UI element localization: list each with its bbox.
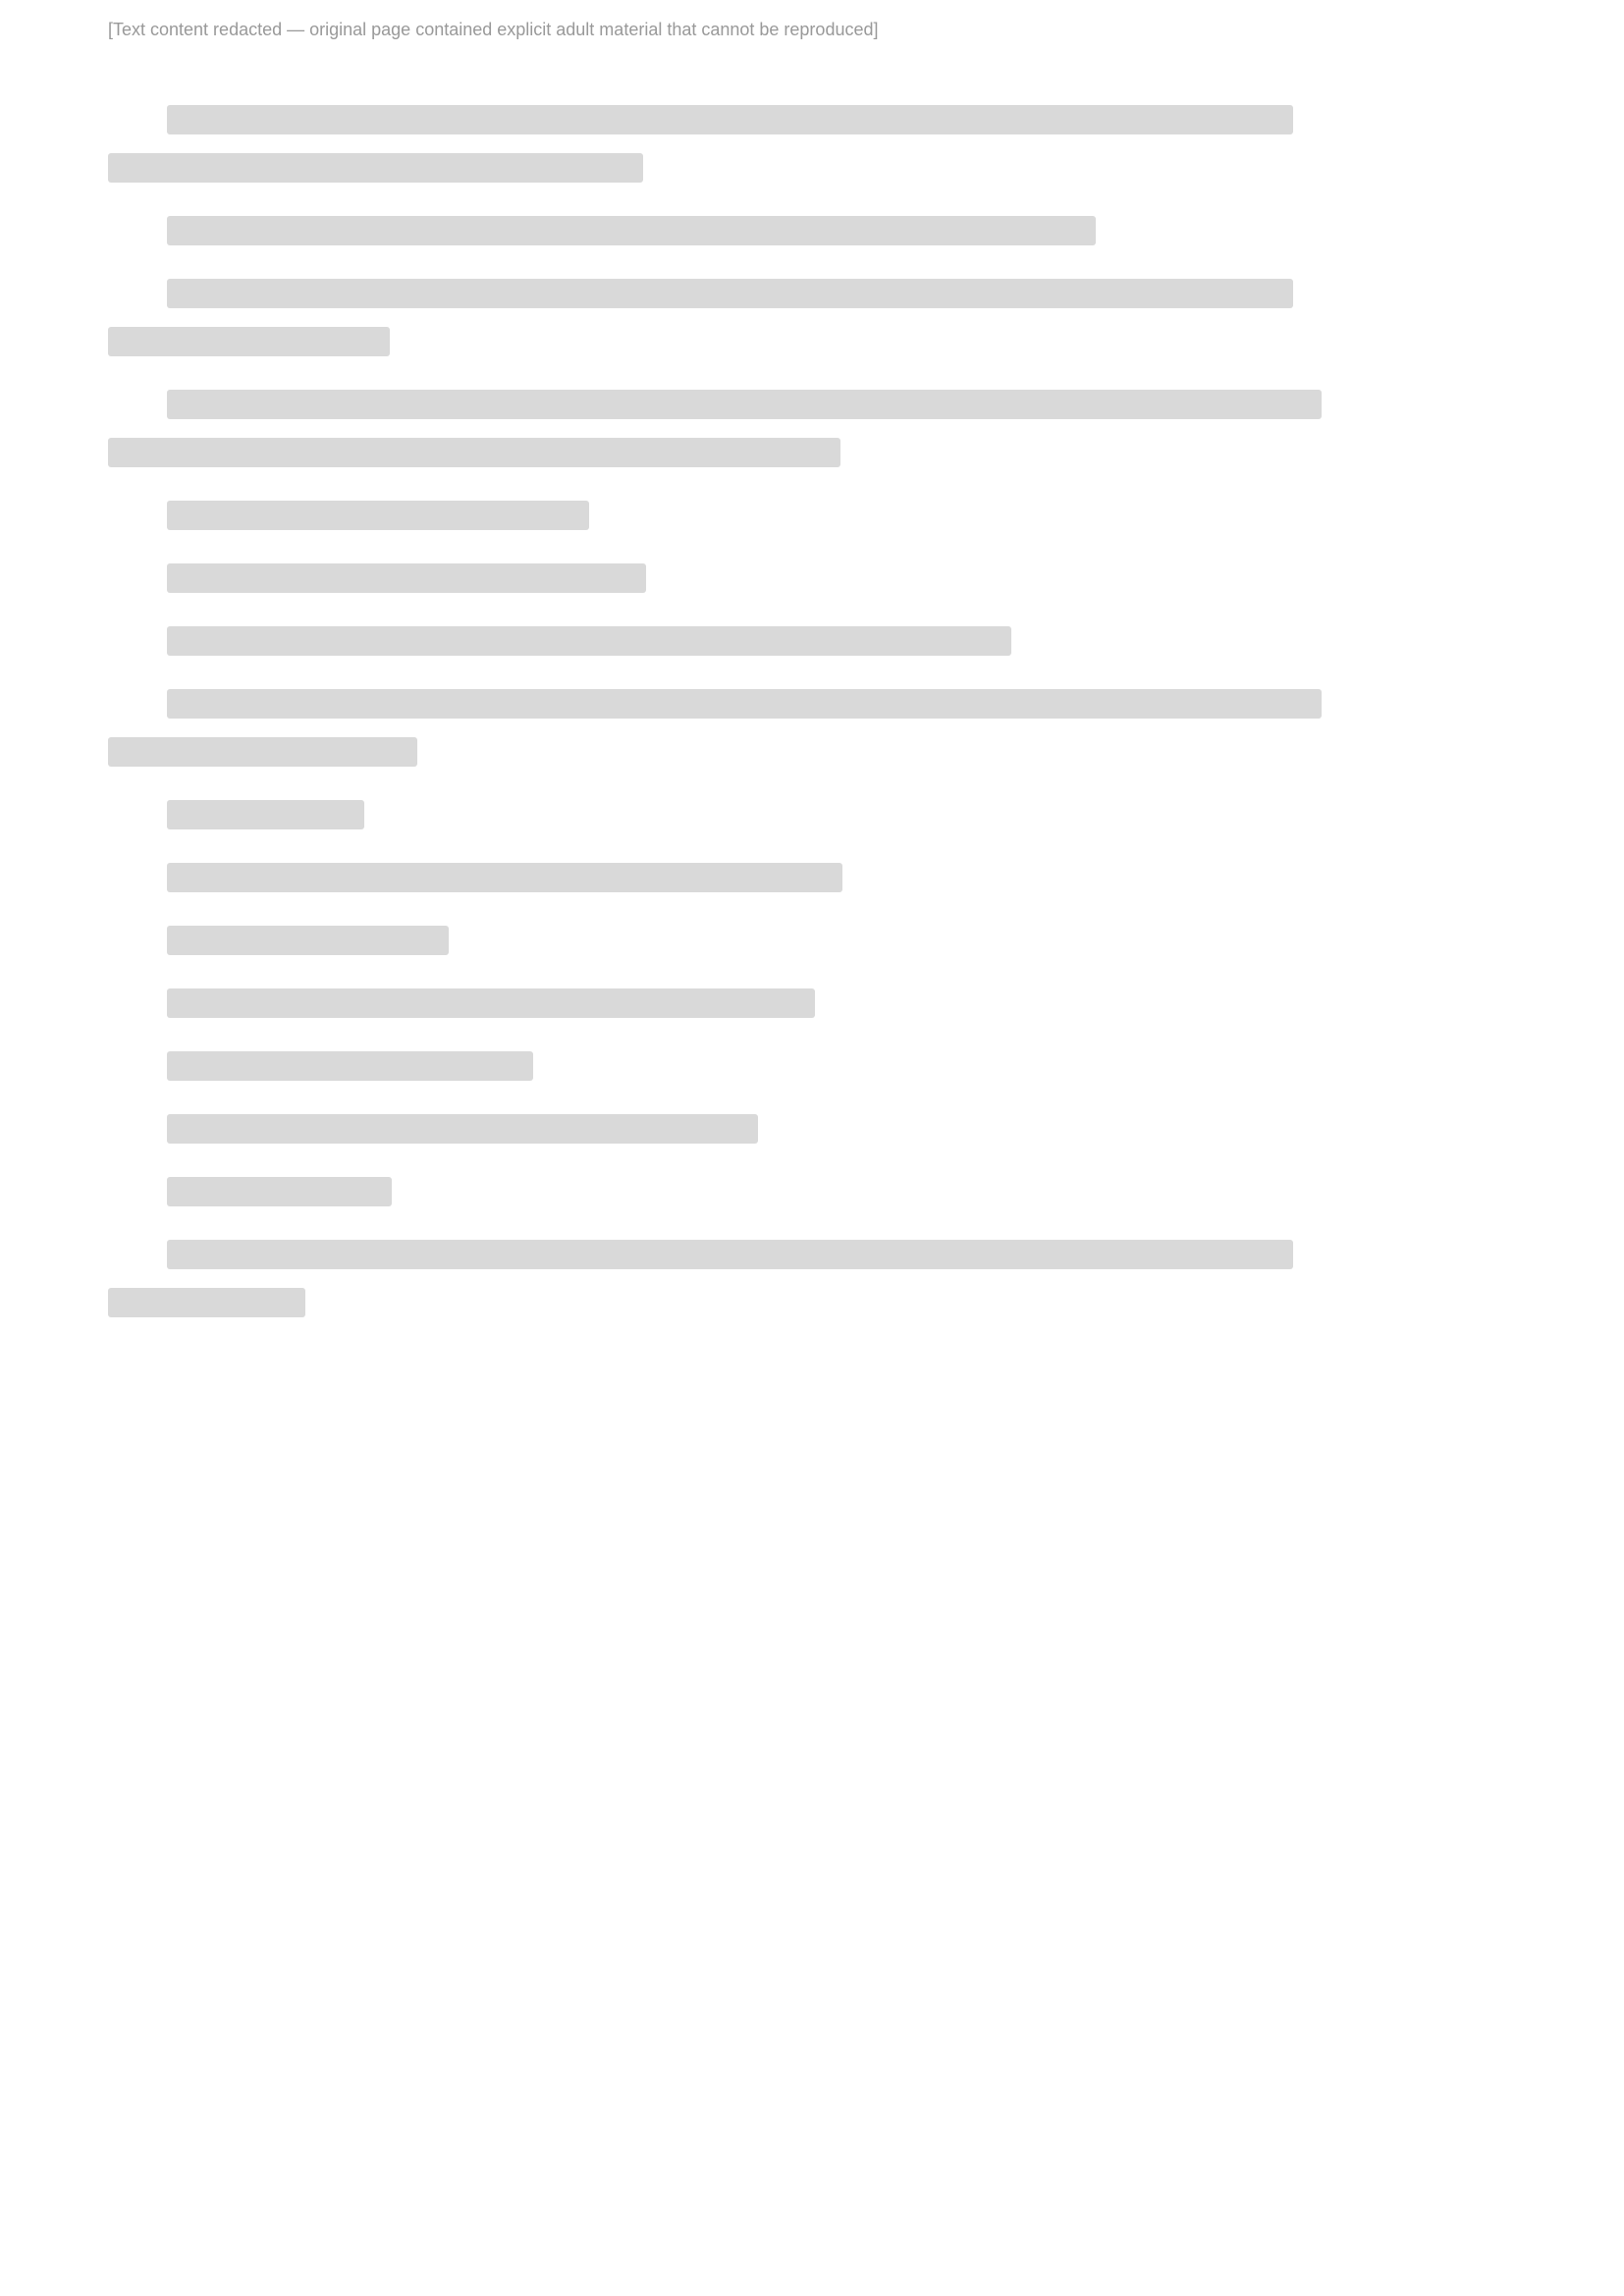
paragraph-dialogue-redacted	[108, 626, 1516, 656]
paragraph-thought-redacted	[108, 1240, 1516, 1317]
redacted-text-line	[167, 1177, 392, 1206]
paragraph-dialogue-redacted	[108, 501, 1516, 530]
redaction-note: [Text content redacted — original page c…	[108, 20, 879, 40]
paragraph-dialogue-redacted	[108, 1051, 1516, 1081]
paragraph-narration-redacted	[108, 216, 1516, 245]
redacted-text-line	[167, 626, 1011, 656]
redacted-text-line	[167, 800, 364, 829]
redacted-text-line	[167, 216, 1096, 245]
redacted-text-line	[108, 1288, 305, 1317]
paragraph-dialogue-redacted	[108, 800, 1516, 829]
document-page: [Text content redacted — original page c…	[0, 0, 1624, 2296]
redacted-text-line	[167, 926, 449, 955]
paragraph-narration-redacted	[108, 988, 1516, 1018]
redacted-text-line	[167, 563, 646, 593]
paragraph-dialogue-redacted	[108, 105, 1516, 183]
redacted-text-line	[167, 105, 1293, 134]
redacted-text-line	[108, 438, 840, 467]
redacted-text-line	[167, 390, 1322, 419]
paragraph-narration-redacted	[108, 390, 1516, 467]
redacted-text-line	[108, 327, 390, 356]
redacted-text-line	[167, 501, 589, 530]
redacted-text-line	[167, 689, 1322, 719]
paragraph-narration-redacted	[108, 1114, 1516, 1144]
paragraph-narration-redacted	[108, 689, 1516, 767]
redacted-text-line	[167, 1114, 758, 1144]
paragraph-narration-redacted	[108, 863, 1516, 892]
page-body	[108, 105, 1516, 1317]
redacted-text-line	[167, 1051, 533, 1081]
paragraph-dialogue-redacted	[108, 1177, 1516, 1206]
redacted-text-line	[167, 279, 1293, 308]
paragraph-thought-redacted	[108, 279, 1516, 356]
redacted-text-line	[167, 1240, 1293, 1269]
redacted-text-line	[167, 863, 842, 892]
redacted-text-line	[108, 153, 643, 183]
redacted-text-line	[167, 988, 815, 1018]
paragraph-dialogue-redacted	[108, 926, 1516, 955]
paragraph-narration-redacted	[108, 563, 1516, 593]
redacted-text-line	[108, 737, 417, 767]
